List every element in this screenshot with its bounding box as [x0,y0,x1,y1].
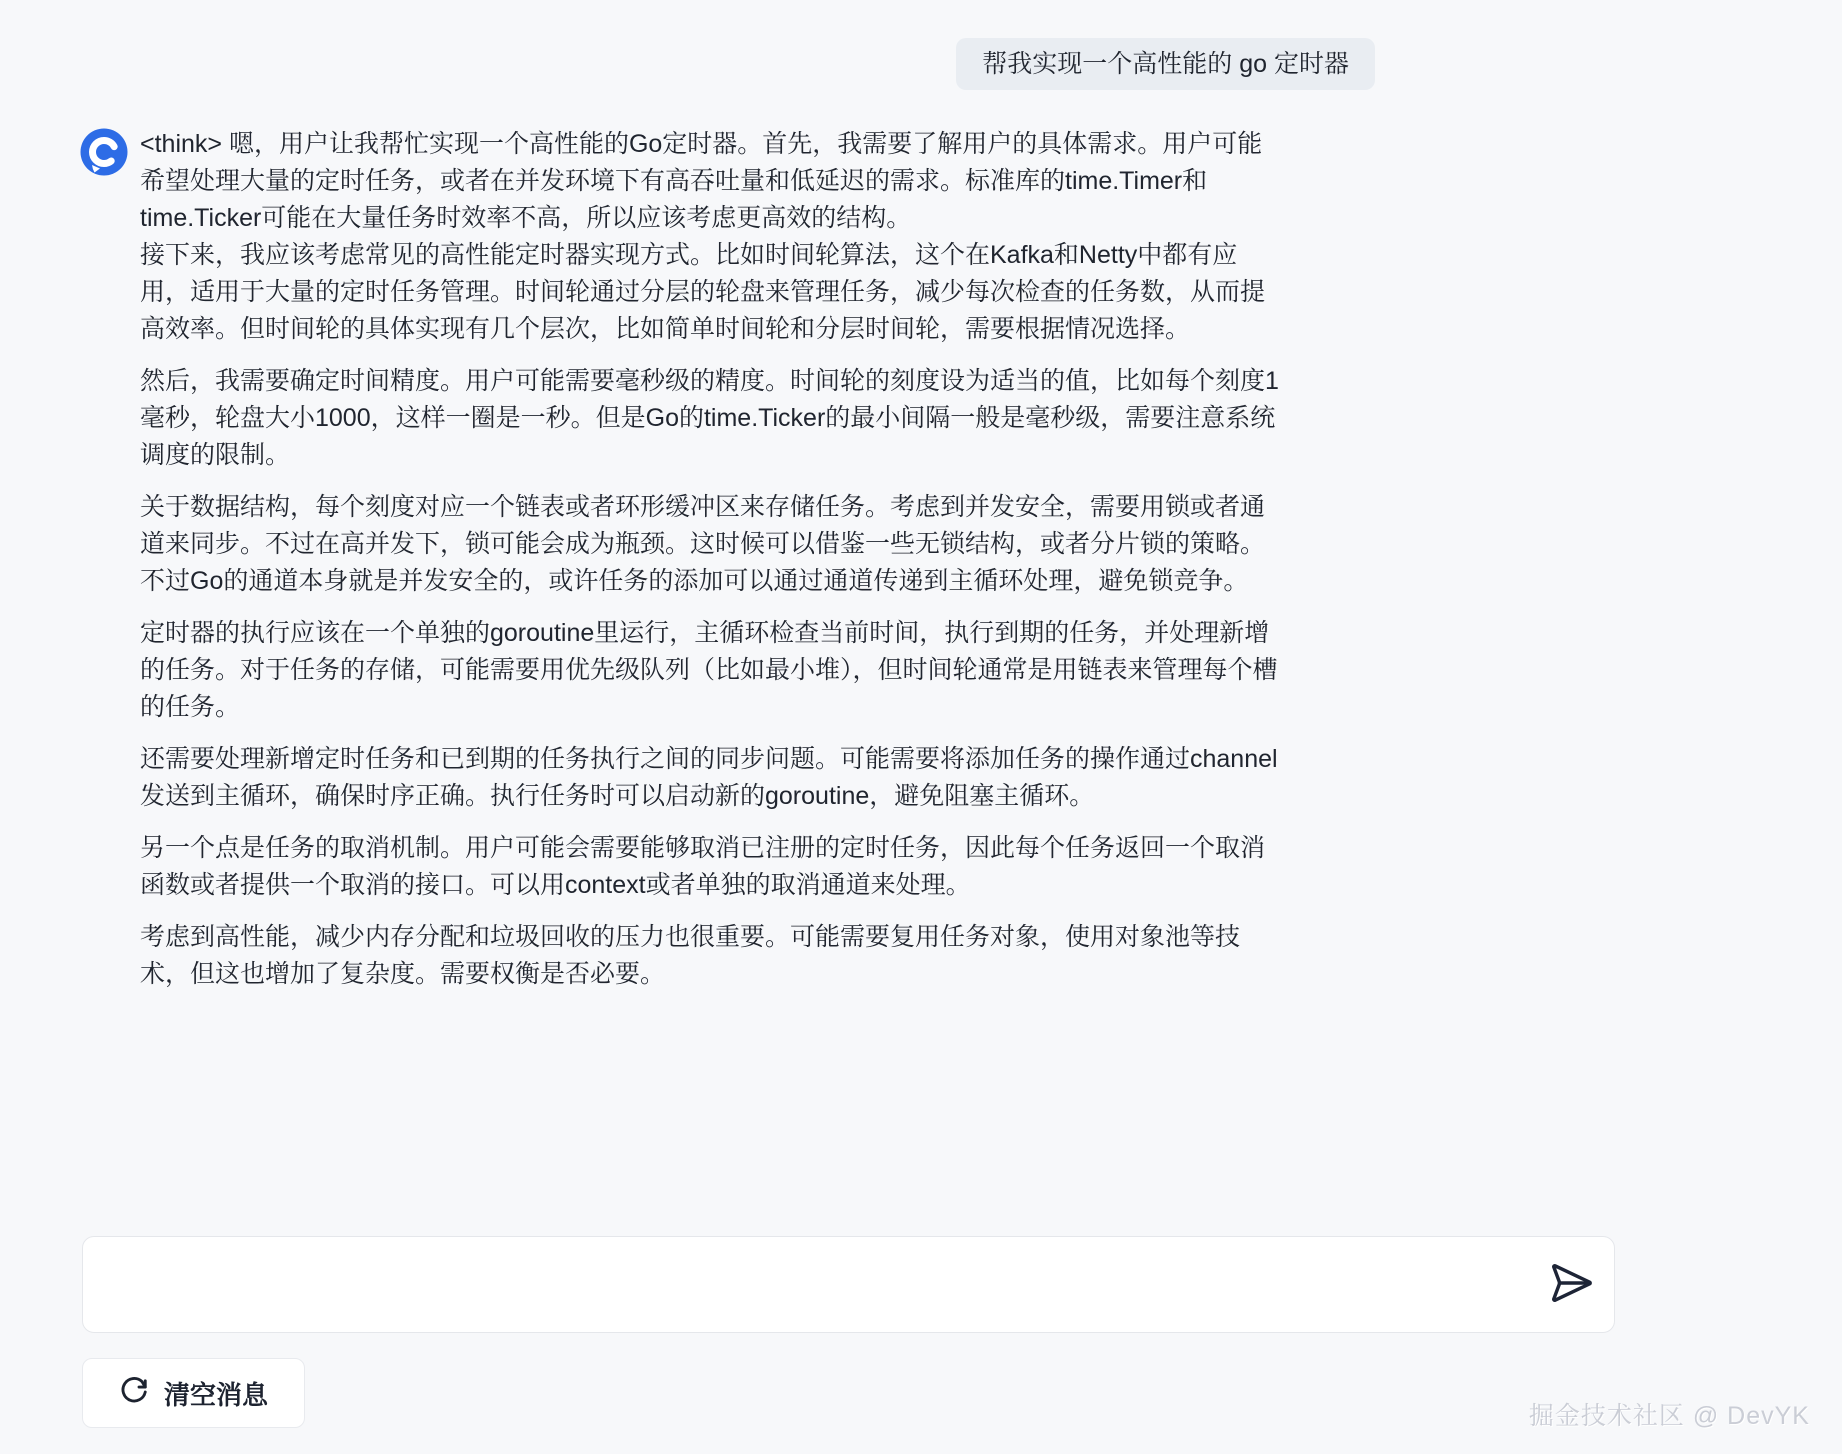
assistant-avatar [80,128,128,176]
user-message-bubble: 帮我实现一个高性能的 go 定时器 [956,38,1375,90]
assistant-message-text: <think> 嗯，用户让我帮忙实现一个高性能的Go定时器。首先，我需要了解用户… [140,126,1280,1008]
assistant-paragraph: 接下来，我应该考虑常见的高性能定时器实现方式。比如时间轮算法，这个在Kafka和… [140,237,1280,348]
chat-page: 帮我实现一个高性能的 go 定时器 <think> 嗯，用户让我帮忙实现一个高性… [0,0,1842,1454]
clear-messages-button[interactable]: 清空消息 [82,1358,305,1428]
send-icon [1548,1260,1594,1309]
user-message-row: 帮我实现一个高性能的 go 定时器 [0,0,1842,90]
message-input[interactable] [83,1237,1528,1332]
watermark-text: 掘金技术社区 @ DevYK [1529,1396,1810,1432]
refresh-icon [119,1377,149,1410]
assistant-paragraph: 另一个点是任务的取消机制。用户可能会需要能够取消已注册的定时任务，因此每个任务返… [140,830,1280,904]
assistant-paragraph: 考虑到高性能，减少内存分配和垃圾回收的压力也很重要。可能需要复用任务对象，使用对… [140,919,1280,993]
clear-messages-label: 清空消息 [164,1375,268,1412]
send-button[interactable] [1528,1237,1614,1332]
assistant-paragraph: 关于数据结构，每个刻度对应一个链表或者环形缓冲区来存储任务。考虑到并发安全，需要… [140,489,1280,600]
assistant-paragraph: 定时器的执行应该在一个单独的goroutine里运行，主循环检查当前时间，执行到… [140,615,1280,726]
assistant-paragraph: 然后，我需要确定时间精度。用户可能需要毫秒级的精度。时间轮的刻度设为适当的值，比… [140,363,1280,474]
assistant-paragraph: <think> 嗯，用户让我帮忙实现一个高性能的Go定时器。首先，我需要了解用户… [140,126,1280,237]
assistant-logo-icon [80,163,128,180]
assistant-message-row: <think> 嗯，用户让我帮忙实现一个高性能的Go定时器。首先，我需要了解用户… [80,126,1842,1008]
assistant-paragraph: 还需要处理新增定时任务和已到期的任务执行之间的同步问题。可能需要将添加任务的操作… [140,741,1280,815]
message-composer [82,1236,1615,1333]
